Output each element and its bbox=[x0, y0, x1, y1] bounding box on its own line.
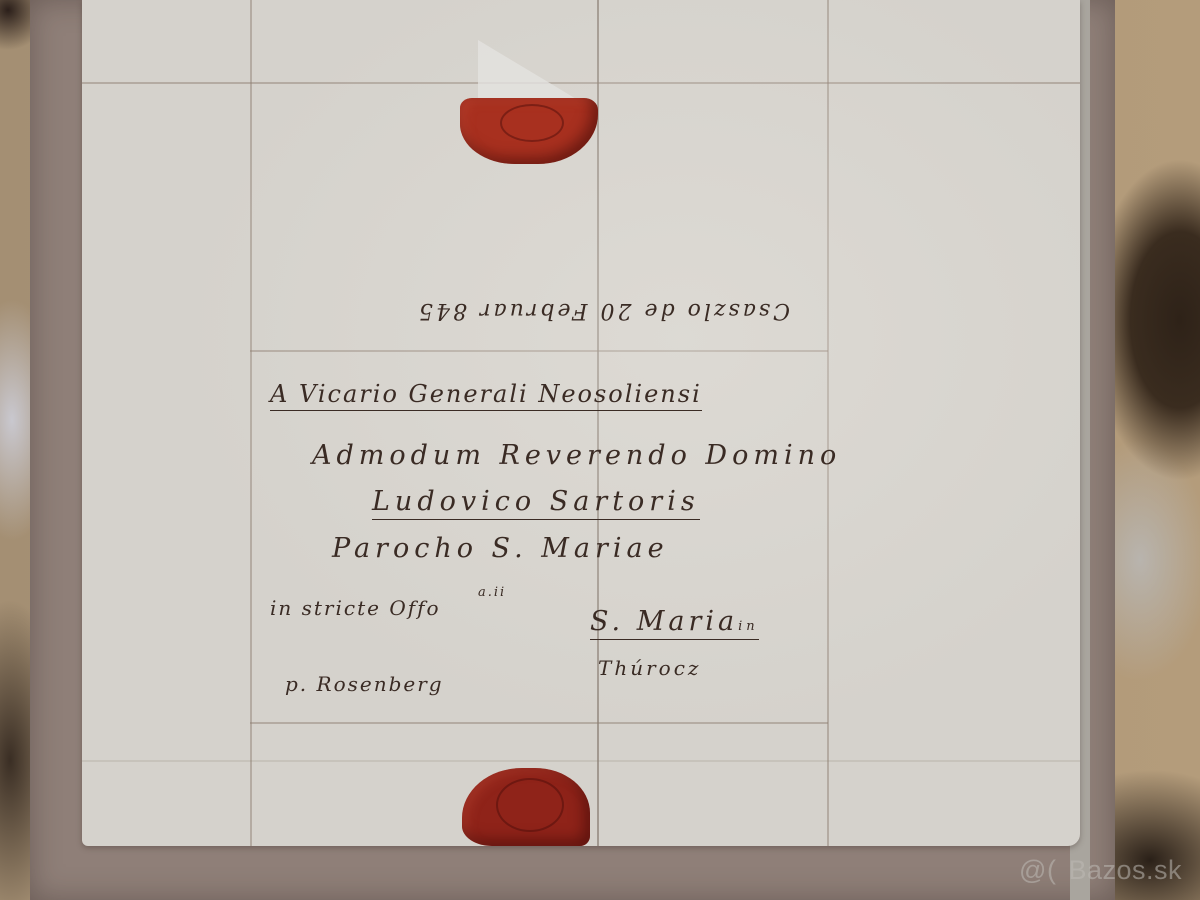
fold-line bbox=[250, 722, 828, 724]
fold-line bbox=[82, 760, 1080, 762]
watermark: @(Bazos.sk bbox=[1019, 855, 1182, 886]
address-line-2: Admodum Reverendo Domino bbox=[312, 440, 841, 471]
county: Thúrocz bbox=[598, 656, 701, 680]
address-line-4: Parocho S. Mariae bbox=[332, 533, 669, 564]
upside-down-date: Csaszlo de 20 Februar 845 bbox=[440, 298, 790, 323]
note-superscript: a.ii bbox=[478, 585, 506, 600]
wax-seal-bottom bbox=[462, 768, 590, 846]
address-line-3: Ludovico Sartoris bbox=[372, 486, 700, 520]
fold-line bbox=[250, 0, 252, 846]
fold-line bbox=[250, 350, 828, 352]
fold-line bbox=[827, 0, 829, 846]
torn-paper bbox=[478, 40, 578, 100]
destination: S. Mariain bbox=[590, 606, 759, 640]
note-left: in stricte Offo bbox=[270, 596, 441, 620]
fold-line bbox=[82, 82, 1080, 84]
fold-line bbox=[597, 0, 599, 846]
destination-suffix: in bbox=[738, 619, 759, 634]
address-line-1: A Vicario Generali Neosoliensi bbox=[270, 380, 702, 411]
watermark-logo-icon: @( bbox=[1019, 855, 1056, 885]
watermark-text: Bazos.sk bbox=[1068, 855, 1182, 885]
post-via: p. Rosenberg bbox=[285, 672, 444, 696]
destination-name: S. Maria bbox=[590, 606, 738, 637]
